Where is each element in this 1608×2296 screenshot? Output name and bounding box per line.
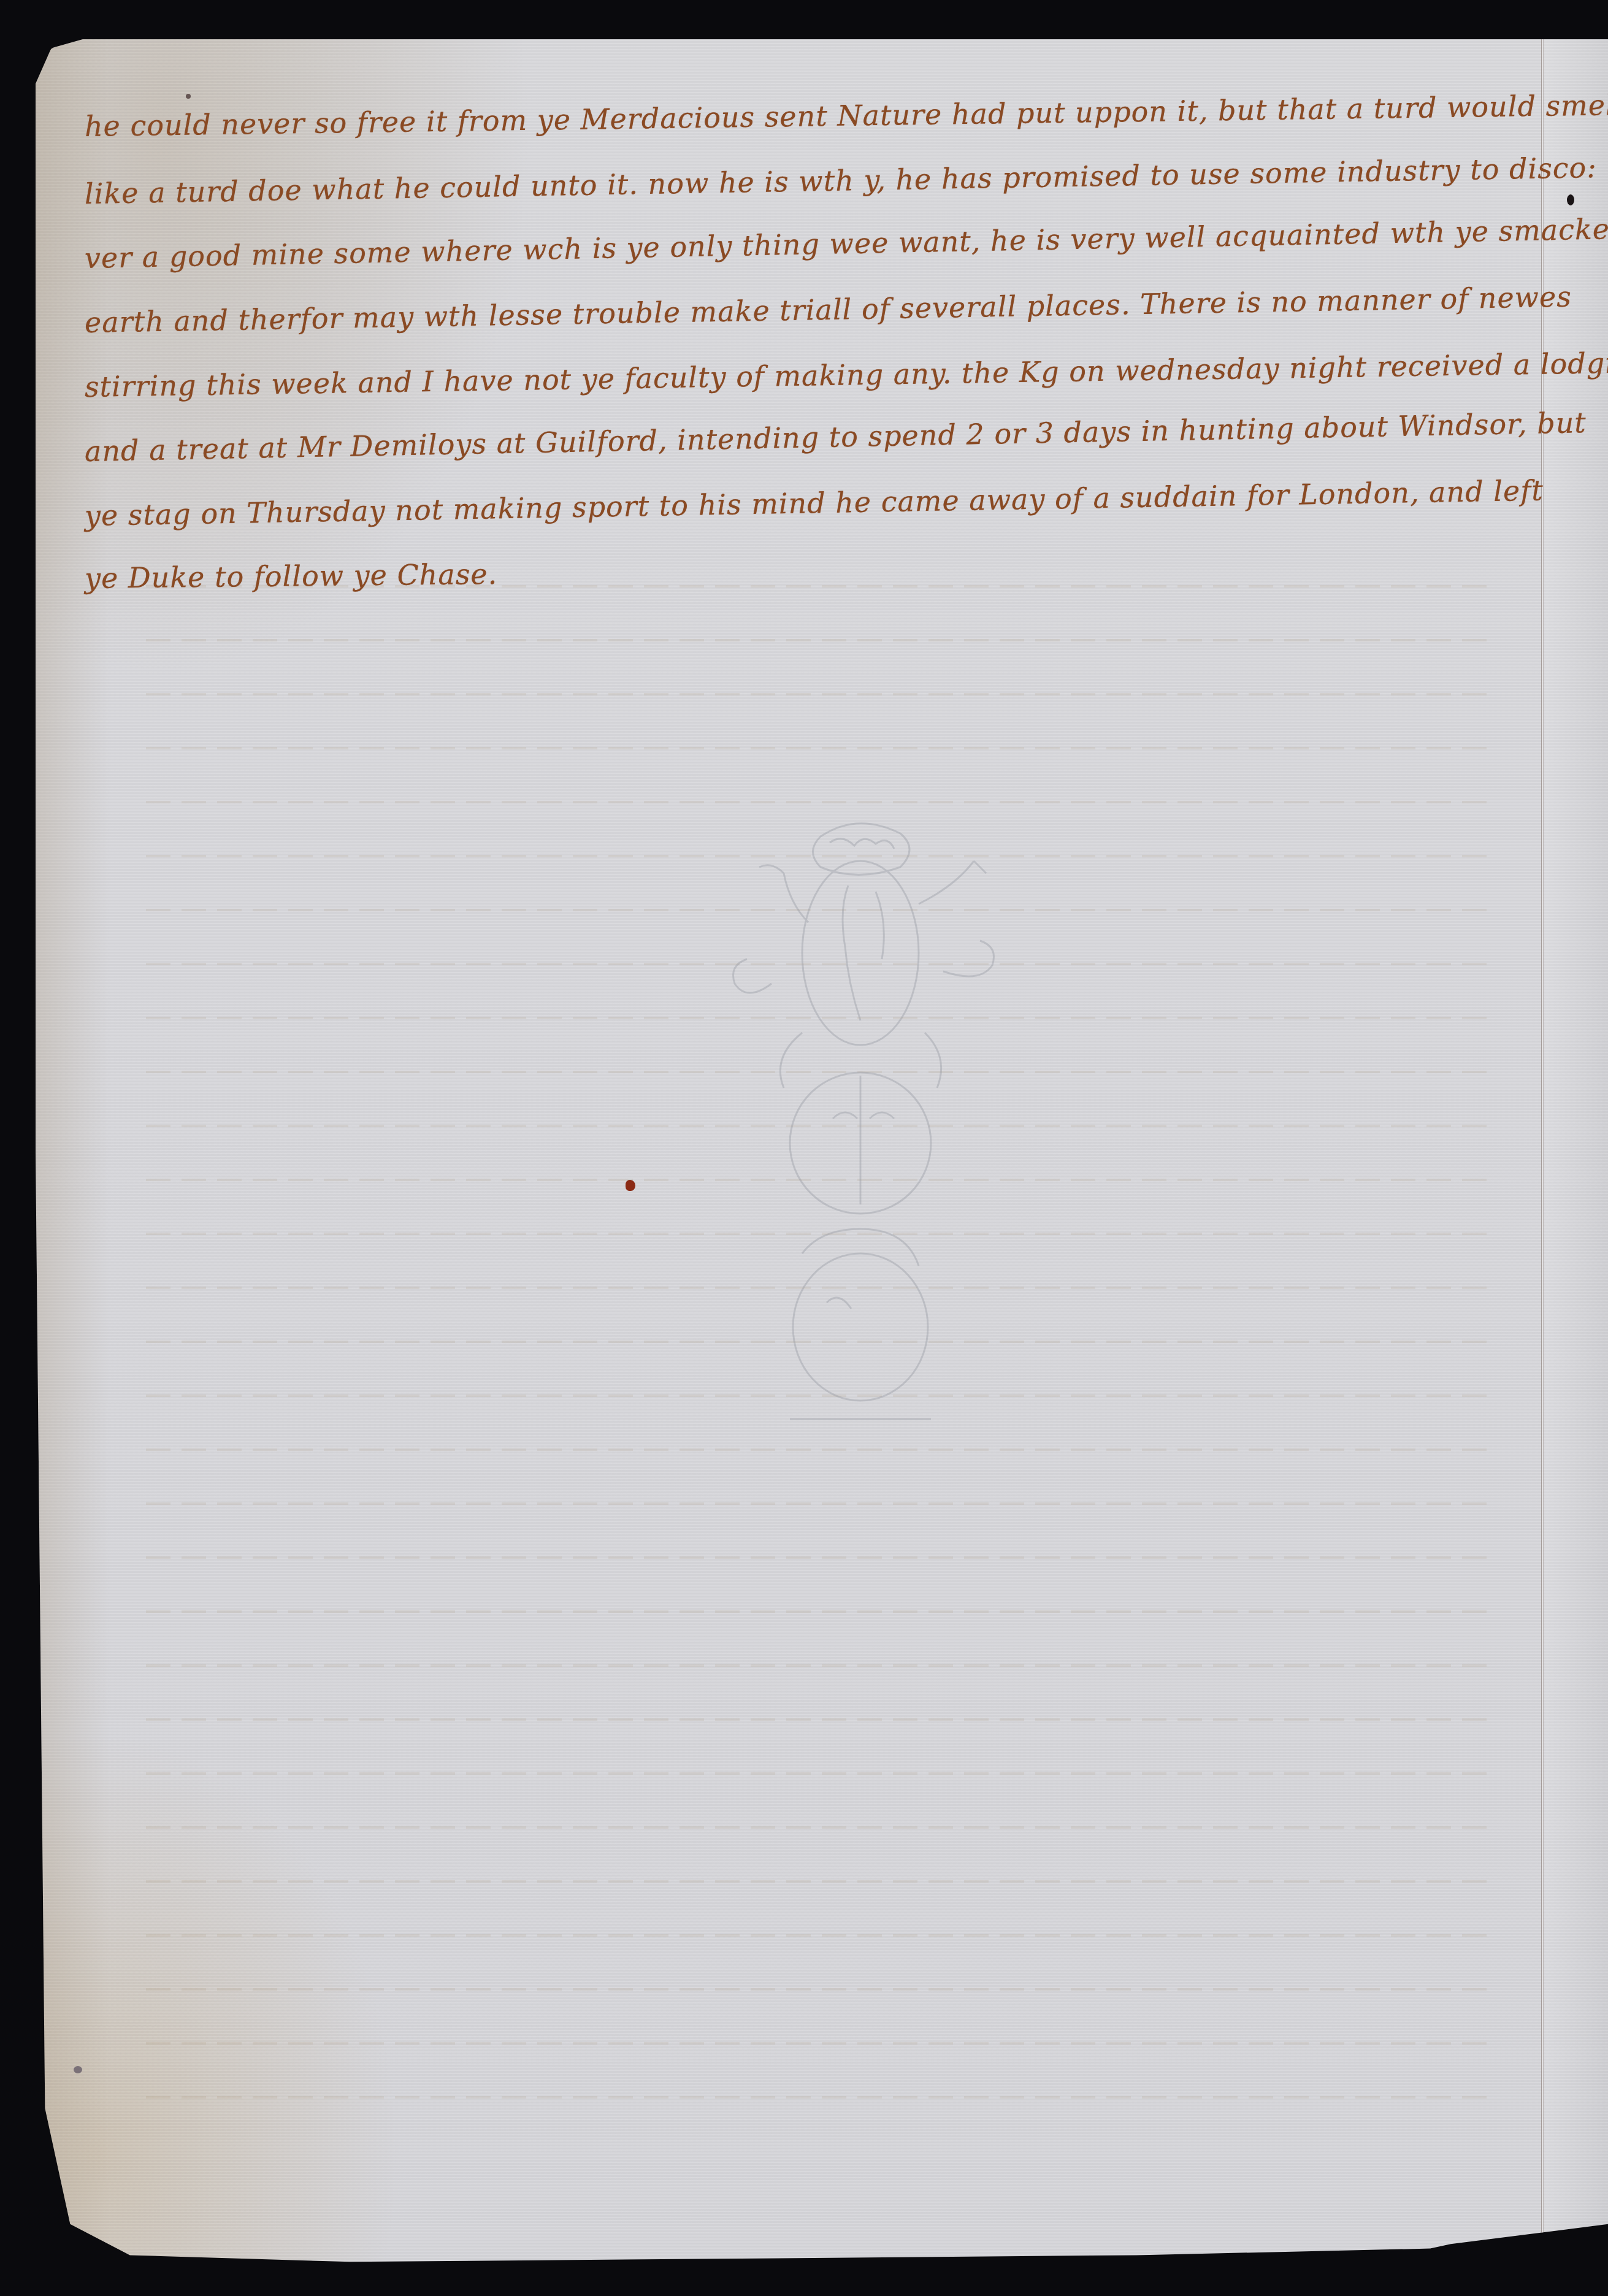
stain-dot [74, 2066, 82, 2073]
crowned-crest-watermark-icon [698, 800, 1017, 1493]
text-line: ver a good mine some where wch is ye onl… [84, 210, 1608, 275]
text-line: earth and therfor may wth lesse trouble … [85, 280, 1572, 339]
text-line: he could never so free it from ye Merdac… [85, 88, 1608, 143]
text-line: ye stag on Thursday not making sport to … [85, 473, 1544, 532]
text-line: like a turd doe what he could unto it. n… [85, 151, 1598, 210]
text-line: stirring this week and I have not ye fac… [85, 346, 1608, 404]
manuscript-page: he could never so free it from ye Merdac… [36, 39, 1608, 2264]
ink-dot [186, 94, 191, 99]
text-line: ye Duke to follow ye Chase. [85, 557, 498, 595]
red-ink-spot [626, 1180, 635, 1191]
text-line: and a treat at Mr Demiloys at Guilford, … [84, 406, 1587, 468]
binding-hole [1567, 194, 1574, 205]
